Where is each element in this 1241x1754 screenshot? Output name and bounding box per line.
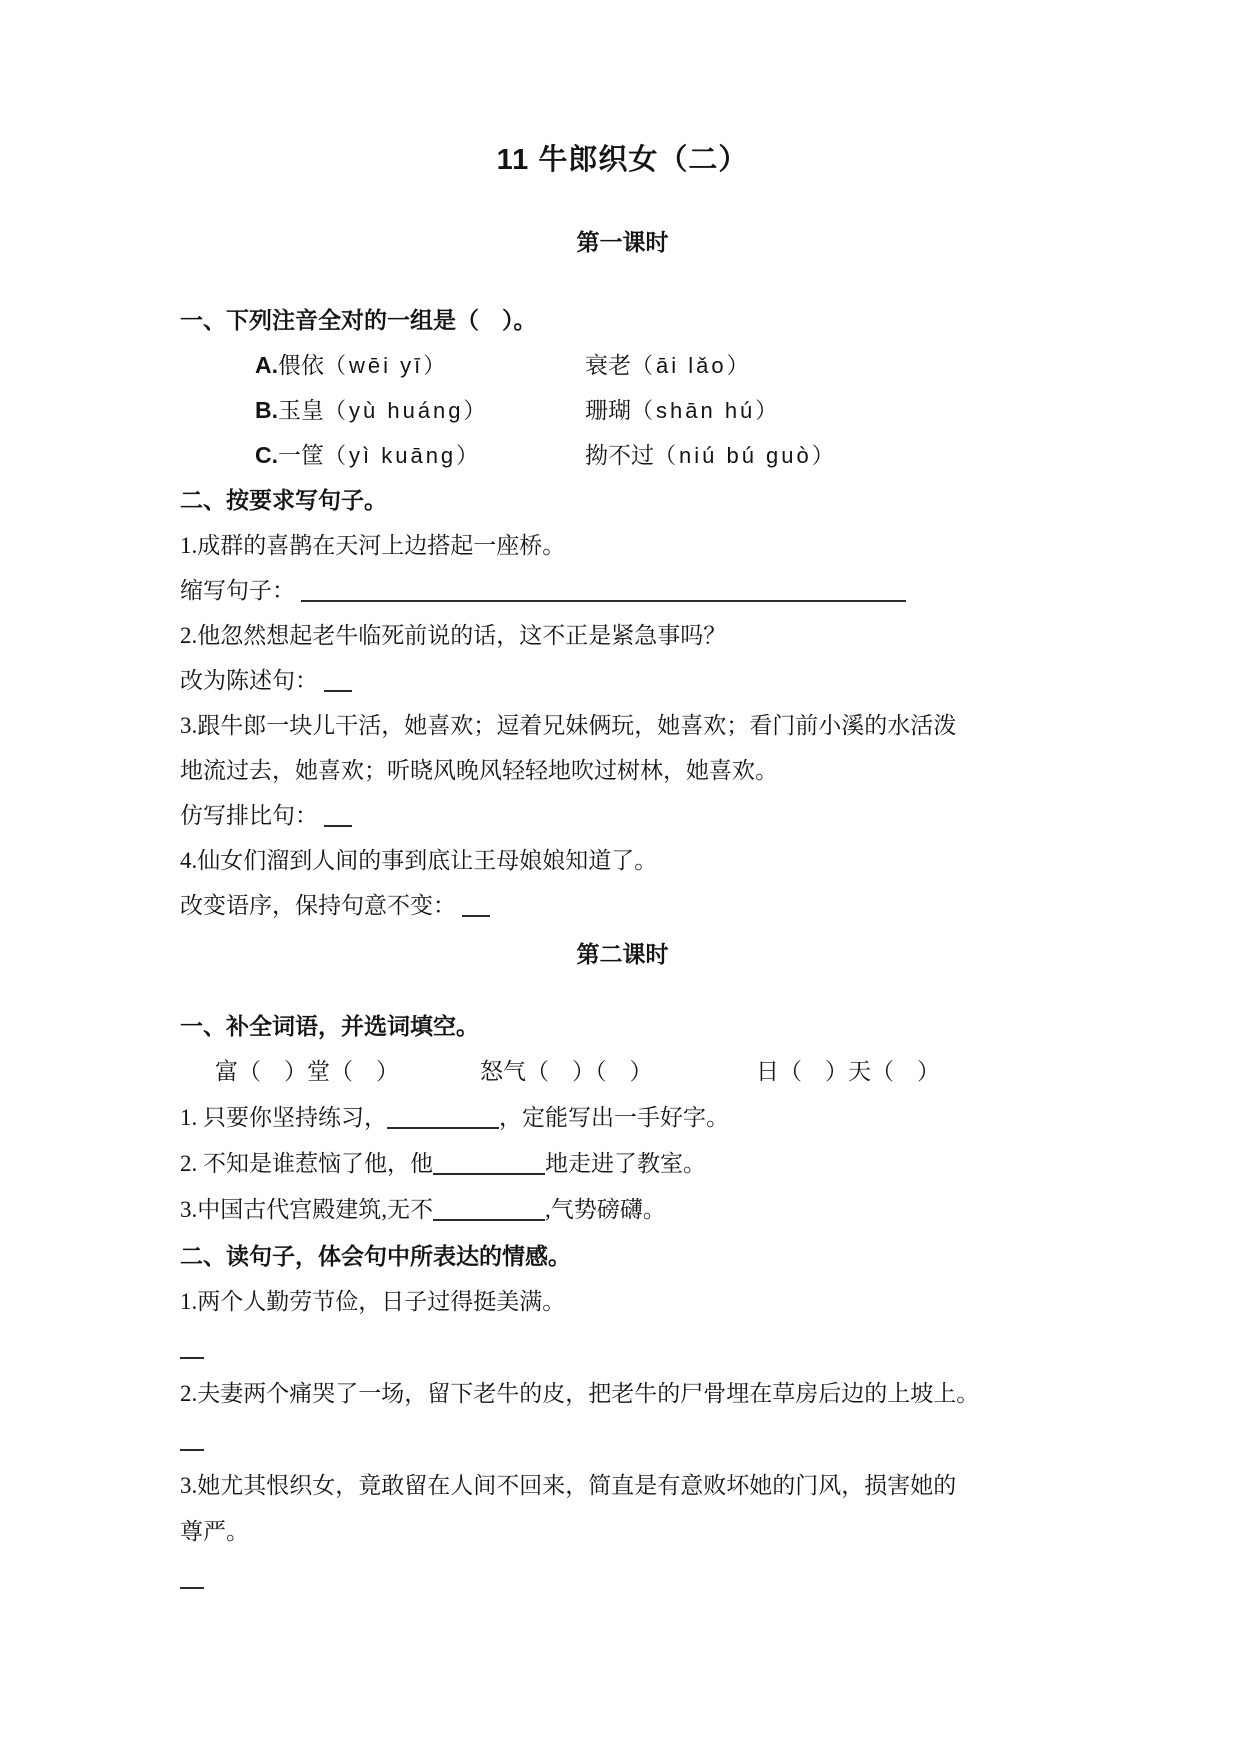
p1q2-item4-sentence: 4.仙女们溜到人间的事到底让王母娘娘知道了。 [180, 838, 1065, 883]
option-a-label: A. [255, 352, 278, 378]
part1-q2-heading: 二、按要求写句子。 [180, 478, 1065, 523]
answer-blank-short [324, 688, 352, 692]
option-b-col1: B.玉皇（yù huáng） [255, 388, 585, 433]
p1q2-item2-sentence: 2.他忽然想起老牛临死前说的话，这不正是紧急事吗？ [180, 613, 1065, 658]
word-group-1: 富（ ）堂（ ） [215, 1049, 480, 1095]
answer-blank-long [301, 598, 906, 602]
fill-in-blank [387, 1125, 499, 1129]
p2q1-item1-before: 1. 只要你坚持练习， [180, 1105, 387, 1130]
p1q2-item1-answer-line: 缩写句子： [180, 568, 1065, 613]
p1q2-item2-prompt: 改为陈述句： [180, 668, 318, 693]
option-b-label: B. [255, 397, 278, 423]
option-a-word: 偎依 [278, 353, 324, 378]
part1-q1-heading: 一、下列注音全对的一组是（ ）。 [180, 298, 1065, 343]
p1q2-item1-prompt: 缩写句子： [180, 578, 295, 603]
p2q2-item3-sentence-line1: 3.她尤其恨织女，竟敢留在人间不回来，简直是有意败坏她的门风，损害她的 [180, 1463, 1065, 1509]
answer-blank-short [324, 823, 352, 827]
p1q2-item4-answer-line: 改变语序，保持句意不变： [180, 883, 1065, 928]
answer-dash-blank [180, 1447, 204, 1451]
p1q2-item3-prompt: 仿写排比句： [180, 803, 318, 828]
worksheet-page: 11 牛郎织女（二） 第一课时 一、下列注音全对的一组是（ ）。 A.偎依（wē… [0, 0, 1241, 1754]
word-completion-line: 富（ ）堂（ ）怒气（ ）（ ）日（ ）天（ ） [180, 1049, 1065, 1095]
option-c-col2: 拗不过（niú bú guò） [585, 443, 837, 468]
word-group-2: 怒气（ ）（ ） [480, 1049, 756, 1095]
option-b-pinyin2: （shān hú） [631, 398, 780, 423]
session-2-heading: 第二课时 [180, 938, 1065, 970]
option-b-word: 玉皇 [278, 398, 324, 423]
word-group-3: 日（ ）天（ ） [756, 1059, 940, 1084]
option-b-col2: 珊瑚（shān hú） [585, 398, 780, 423]
p2q2-item2-answer-line [180, 1417, 1065, 1463]
p2q2-item2-sentence: 2.夫妻两个痛哭了一场，留下老牛的皮，把老牛的尸骨埋在草房后边的上坡上。 [180, 1371, 1065, 1417]
option-row-a: A.偎依（wēi yī）衰老（āi lǎo） [180, 343, 1065, 388]
option-b-word2: 珊瑚 [585, 398, 631, 423]
fill-in-blank [433, 1171, 545, 1175]
p2q1-item1: 1. 只要你坚持练习，，定能写出一手好字。 [180, 1095, 1065, 1141]
p2q1-item2-before: 2. 不知是谁惹恼了他，他 [180, 1151, 433, 1176]
p2q1-item3-before: 3.中国古代宫殿建筑,无不 [180, 1197, 433, 1222]
part2-q2-heading: 二、读句子，体会句中所表达的情感。 [180, 1233, 1065, 1279]
option-a-col2: 衰老（āi lǎo） [585, 353, 752, 378]
option-c-label: C. [255, 442, 278, 468]
page-title: 11 牛郎织女（二） [180, 142, 1065, 178]
option-row-b: B.玉皇（yù huáng）珊瑚（shān hú） [180, 388, 1065, 433]
p1q2-item3-sentence-line1: 3.跟牛郎一块儿干活，她喜欢；逗着兄妹俩玩，她喜欢；看门前小溪的水活泼 [180, 703, 1065, 748]
option-row-c: C.一筐（yì kuāng）拗不过（niú bú guò） [180, 433, 1065, 478]
session-1-heading: 第一课时 [180, 226, 1065, 258]
p1q2-item2-answer-line: 改为陈述句： [180, 658, 1065, 703]
p2q2-item3-answer-line [180, 1555, 1065, 1601]
p2q2-item3-sentence-line2: 尊严。 [180, 1509, 1065, 1555]
p2q1-item3-after: ,气势磅礴。 [545, 1197, 666, 1222]
answer-dash-blank [180, 1355, 204, 1359]
p2q1-item3: 3.中国古代宫殿建筑,无不,气势磅礴。 [180, 1187, 1065, 1233]
option-a-word2: 衰老 [585, 353, 631, 378]
p2q2-item1-sentence: 1.两个人勤劳节俭，日子过得挺美满。 [180, 1279, 1065, 1325]
answer-blank-short [462, 913, 490, 917]
answer-dash-blank [180, 1585, 204, 1589]
option-c-pinyin: （yì kuāng） [324, 443, 481, 468]
part2-q1-heading: 一、补全词语，并选词填空。 [180, 1003, 1065, 1049]
fill-in-blank [433, 1217, 545, 1221]
session-2: 第二课时 一、补全词语，并选词填空。 富（ ）堂（ ）怒气（ ）（ ）日（ ）天… [180, 938, 1065, 1601]
option-a-col1: A.偎依（wēi yī） [255, 343, 585, 388]
p1q2-item3-sentence-line2: 地流过去，她喜欢；听晓风晚风轻轻地吹过树林，她喜欢。 [180, 748, 1065, 793]
option-a-pinyin2: （āi lǎo） [631, 353, 752, 378]
p2q1-item1-after: ，定能写出一手好字。 [499, 1105, 729, 1130]
option-c-pinyin2: （niú bú guò） [654, 443, 837, 468]
option-c-word2: 拗不过 [585, 443, 654, 468]
option-c-word: 一筐 [278, 443, 324, 468]
p2q1-item2: 2. 不知是谁惹恼了他，他地走进了教室。 [180, 1141, 1065, 1187]
option-b-pinyin: （yù huáng） [324, 398, 489, 423]
p2q1-item2-after: 地走进了教室。 [545, 1151, 706, 1176]
p1q2-item4-prompt: 改变语序，保持句意不变： [180, 893, 456, 918]
p2q2-item1-answer-line [180, 1325, 1065, 1371]
p1q2-item3-answer-line: 仿写排比句： [180, 793, 1065, 838]
option-c-col1: C.一筐（yì kuāng） [255, 433, 585, 478]
p1q2-item1-sentence: 1.成群的喜鹊在天河上边搭起一座桥。 [180, 523, 1065, 568]
option-a-pinyin: （wēi yī） [324, 353, 448, 378]
